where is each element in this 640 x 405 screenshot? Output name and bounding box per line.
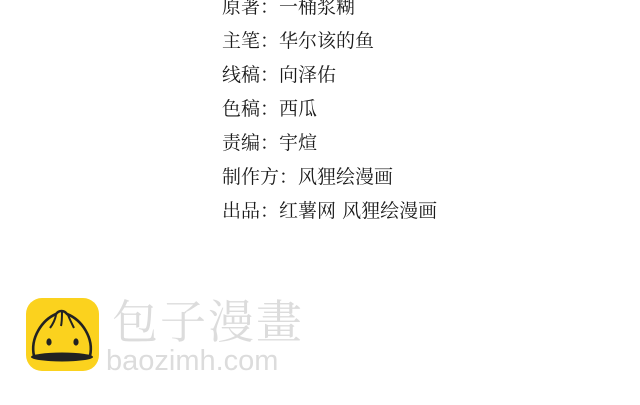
credit-name: 红薯网 风狸绘漫画 [279, 200, 437, 222]
credit-name: 西瓜 [279, 98, 317, 120]
credit-line-art: 线稿：向泽佑 [222, 58, 437, 92]
credits-list: 原著：一桶浆糊 主笔：华尔该的鱼 线稿：向泽佑 色稿：西瓜 责编：宇煊 制作方：… [222, 0, 437, 228]
credit-separator: ： [260, 200, 279, 222]
credit-publisher: 出品：红薯网 风狸绘漫画 [222, 194, 437, 228]
credit-role: 制作方 [222, 166, 279, 188]
credit-separator: ： [279, 166, 298, 188]
credit-role: 线稿 [222, 64, 260, 86]
watermark-title: 包子漫畫 [112, 296, 304, 348]
credit-colorist: 色稿：西瓜 [222, 92, 437, 126]
credit-lead-artist: 主笔：华尔该的鱼 [222, 24, 437, 58]
credit-name: 宇煊 [279, 132, 317, 154]
credit-separator: ： [260, 0, 279, 18]
watermark-url: baozimh.com [106, 344, 278, 378]
credit-original-author: 原著：一桶浆糊 [222, 0, 437, 24]
credit-producer: 制作方：风狸绘漫画 [222, 160, 437, 194]
credit-role: 责编 [222, 132, 260, 154]
credit-editor: 责编：宇煊 [222, 126, 437, 160]
credit-separator: ： [260, 98, 279, 120]
credit-role: 出品 [222, 200, 260, 222]
credit-name: 风狸绘漫画 [298, 166, 393, 188]
credit-role: 主笔 [222, 30, 260, 52]
credit-name: 向泽佑 [279, 64, 336, 86]
credit-role: 原著 [222, 0, 260, 18]
baozi-logo-icon [26, 298, 99, 371]
credit-separator: ： [260, 64, 279, 86]
credit-separator: ： [260, 30, 279, 52]
watermark: 包子漫畫 baozimh.com [26, 298, 326, 378]
credit-name: 一桶浆糊 [279, 0, 355, 18]
credit-role: 色稿 [222, 98, 260, 120]
credit-name: 华尔该的鱼 [279, 30, 374, 52]
credit-separator: ： [260, 132, 279, 154]
